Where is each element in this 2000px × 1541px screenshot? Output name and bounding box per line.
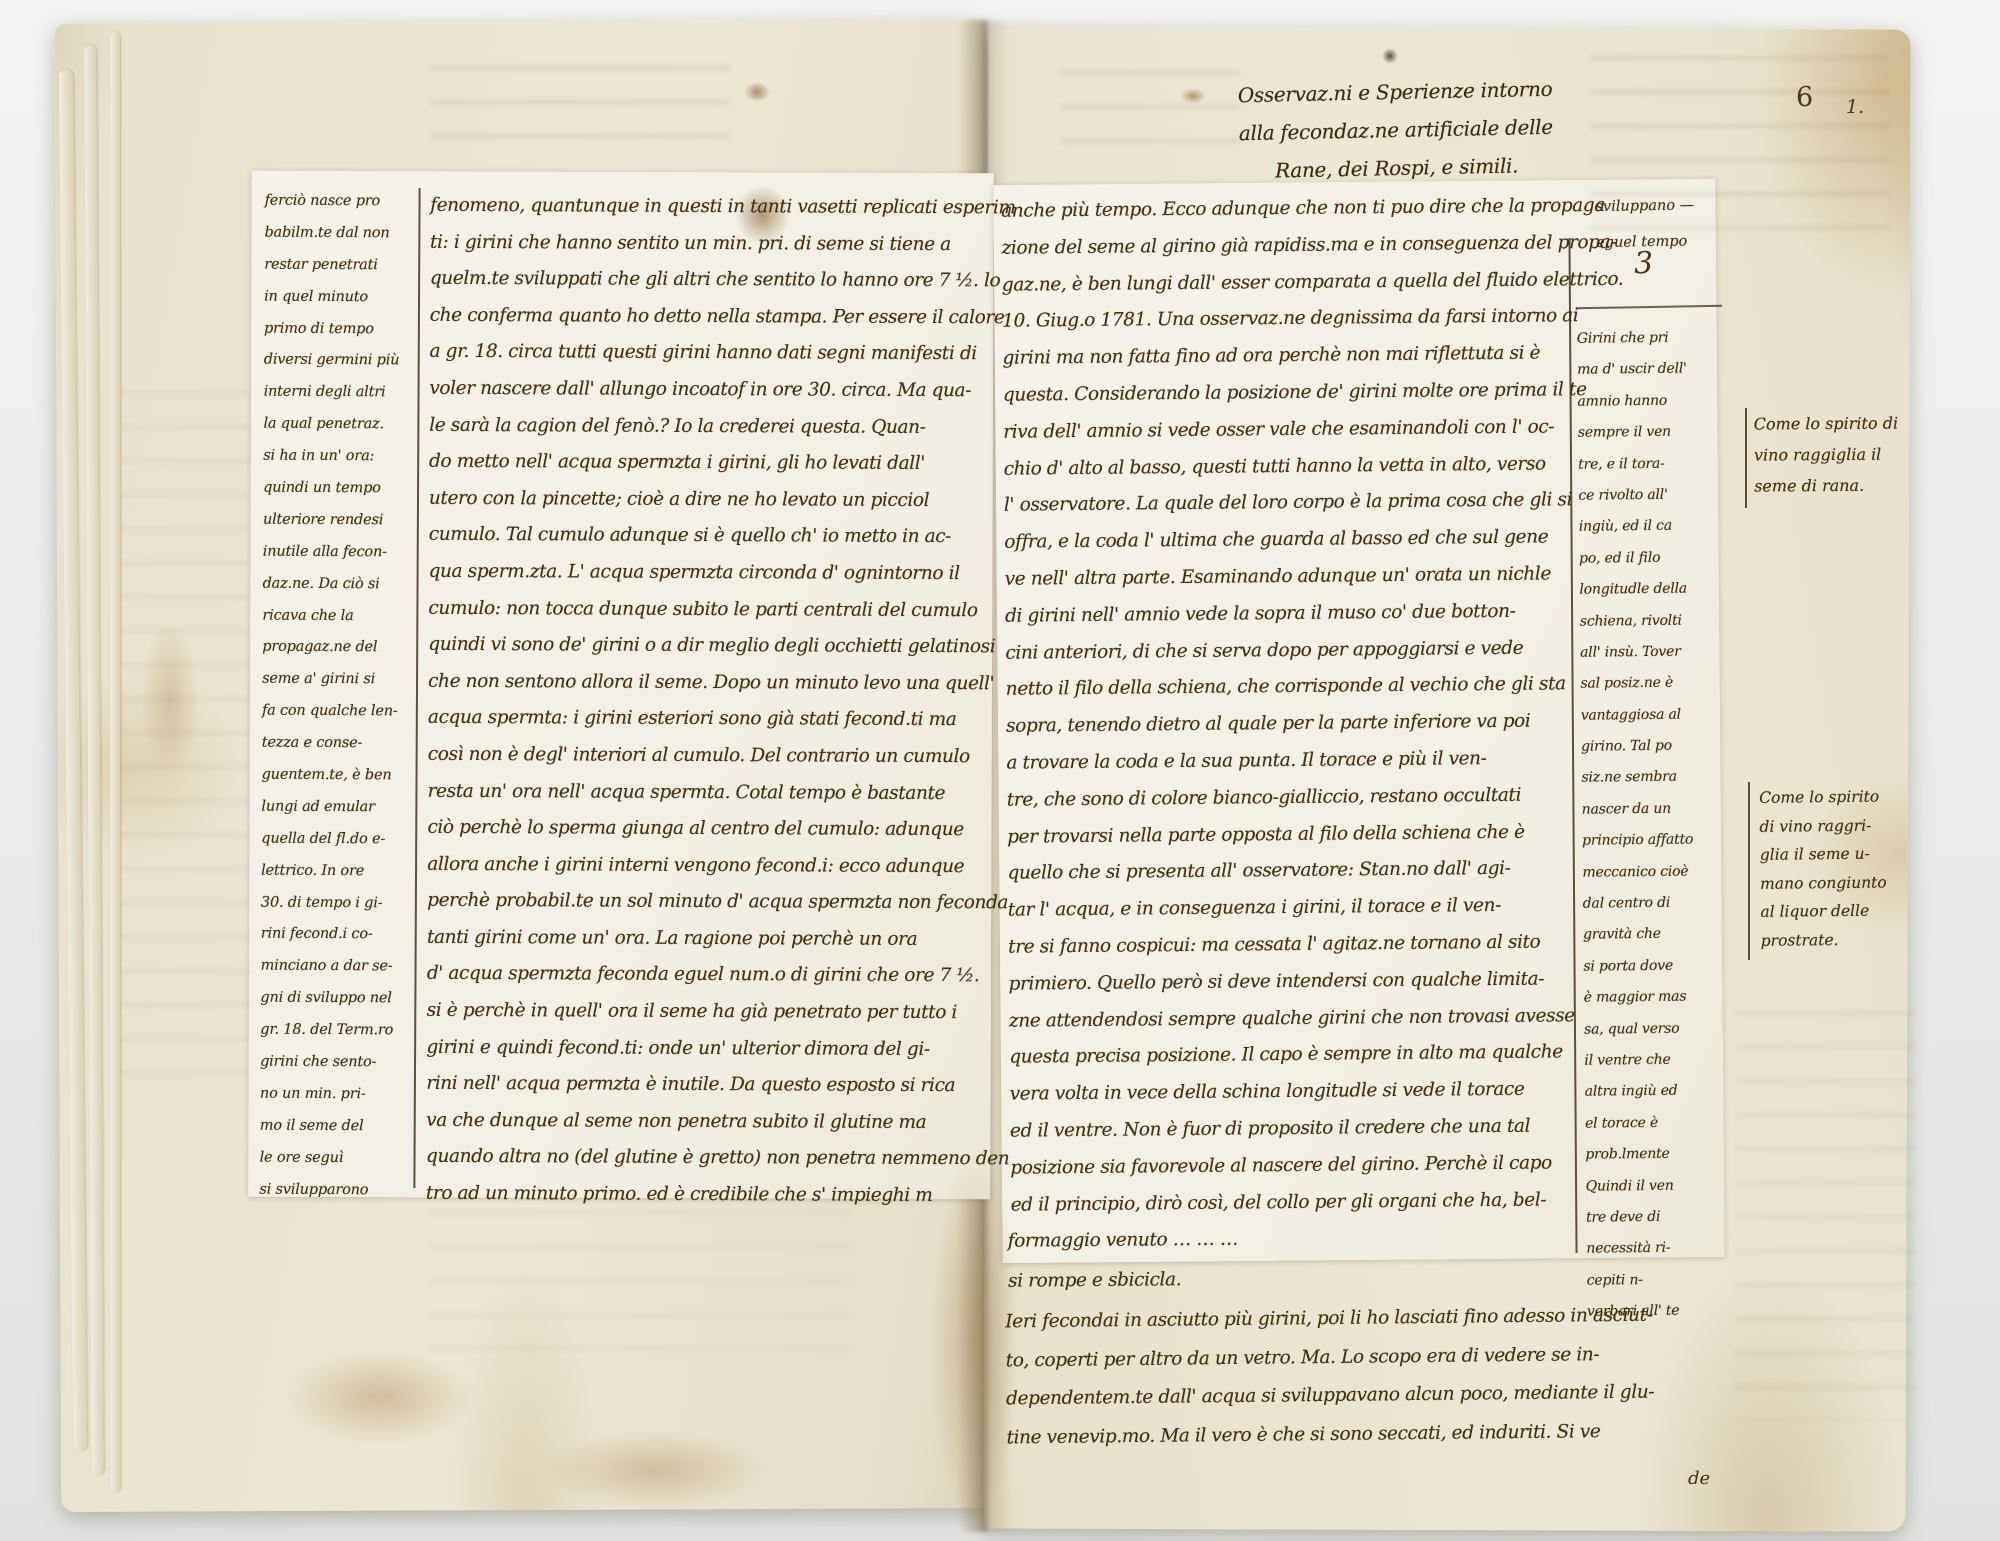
- manuscript-photo: { "colors": { "ink": "#43300f", "paper":…: [0, 0, 2000, 1541]
- handwritten-line: Quindi il ven: [1586, 1177, 1714, 1210]
- handwritten-line: si rompe e sbicicla.: [1008, 1265, 1628, 1310]
- showthrough-text: [1735, 1000, 1915, 1420]
- handwritten-line: minciano a dar se-: [260, 958, 410, 991]
- handwritten-line: tanti girini come un' ora. La ragione po…: [427, 927, 983, 966]
- handwritten-line: to, coperti per altro da un vetro. Ma. L…: [1006, 1343, 1646, 1388]
- handwritten-line: ed il principio, dirò così, del collo pe…: [1011, 1189, 1571, 1231]
- handwritten-line: utero con la pincette; cioè a dire ne ho…: [429, 488, 985, 527]
- handwritten-line: in quel minuto: [264, 288, 414, 321]
- handwritten-line: zne attendendosi sempre qualche girini c…: [1009, 1005, 1569, 1047]
- handwritten-line: tar l' acqua, e in conseguenza i girini,…: [1008, 894, 1568, 936]
- handwritten-line: mano congiunto: [1760, 873, 1920, 903]
- handwritten-line: seme a' girini si: [262, 671, 412, 704]
- handwritten-line: glia il seme u-: [1760, 844, 1920, 874]
- handwritten-line: a gr. 18. circa tutti questi girini hann…: [429, 341, 985, 380]
- handwritten-line: girini che sento-: [260, 1054, 410, 1087]
- handwritten-line: netto il filo della schiena, che corrisp…: [1006, 674, 1566, 716]
- handwritten-line: lungi ad emular: [261, 799, 411, 832]
- handwritten-line: ingiù, ed il ca: [1579, 518, 1707, 551]
- handwritten-line: quindi un tempo: [263, 480, 413, 513]
- handwritten-line: ti: i girini che hanno sentito un min. p…: [430, 231, 986, 270]
- handwritten-line: cini anteriori, di che si serva dopo per…: [1005, 637, 1565, 679]
- folio-number: 6: [1796, 82, 1813, 113]
- handwritten-line: tro ad un minuto primo. ed è credibile c…: [426, 1183, 982, 1222]
- handwritten-line: guentem.te, è ben: [262, 767, 412, 800]
- handwritten-line: di girini nell' amnio vede la sopra il m…: [1005, 600, 1565, 642]
- handwritten-line: allora anche i girini interni vengono fe…: [427, 853, 983, 892]
- left-margin-notes: ferciò nasce probabilm.te dal nonrestar …: [259, 193, 414, 1214]
- handwritten-line: Come lo spirito: [1759, 787, 1919, 817]
- section-marker: 3: [1633, 246, 1653, 282]
- handwritten-line: è maggior mas: [1584, 989, 1712, 1022]
- handwritten-line: perchè probabil.te un sol minuto d' acqu…: [427, 890, 983, 929]
- below-sheet-lines: formaggio venuto … … …si rompe e sbicicl…: [1008, 1225, 1629, 1310]
- handwritten-line: schiena, rivolti: [1580, 612, 1708, 645]
- closing-paragraph: Ieri fecondai in asciutto più girini, po…: [1005, 1305, 1647, 1466]
- handwritten-line: a trovare la coda e la sua punta. Il tor…: [1006, 747, 1566, 789]
- handwritten-line: propagaz.ne del: [262, 639, 412, 672]
- catchword: de: [1688, 1468, 1710, 1489]
- handwritten-line: gravità che: [1583, 926, 1711, 959]
- handwritten-line: siz.ne sembra: [1581, 769, 1709, 802]
- handwritten-line: d' acqua spermzta feconda eguel num.o di…: [427, 963, 983, 1002]
- handwritten-line: tre si fanno cospicui: ma cessata l' agi…: [1008, 931, 1568, 973]
- handwritten-line: per trovarsi nella parte opposta al filo…: [1007, 821, 1567, 863]
- handwritten-line: ferciò nasce pro: [265, 193, 415, 226]
- ink-mark: [1382, 48, 1398, 64]
- secondary-page-number: 1.: [1846, 96, 1864, 118]
- handwritten-line: zione del seme al girino già rapidiss.ma…: [1001, 232, 1561, 274]
- paper-stain: [1180, 88, 1206, 104]
- handwritten-line: formaggio venuto … … …: [1008, 1225, 1628, 1270]
- handwritten-line: chio d' alto al basso, questi tutti hann…: [1004, 453, 1564, 495]
- handwritten-line: diversi germini più: [264, 352, 414, 385]
- handwritten-line: tezza e conse-: [262, 735, 412, 768]
- handwritten-line: sal posiz.ne è: [1580, 675, 1708, 708]
- handwritten-line: interni degli altri: [264, 384, 414, 417]
- handwritten-line: che conferma quanto ho detto nella stamp…: [430, 305, 986, 344]
- handwritten-line: quella del fl.do e-: [261, 830, 411, 863]
- handwritten-line: cumulo: non tocca dunque subito le parti…: [428, 597, 984, 636]
- handwritten-line: dal centro di: [1583, 894, 1711, 927]
- right-side-column: Girini che prima d' uscir dell'amnio han…: [1577, 329, 1716, 1335]
- handwritten-line: Ieri fecondai in asciutto più girini, po…: [1005, 1305, 1645, 1350]
- handwritten-line: riva dell' amnio si vede osser vale che …: [1003, 416, 1563, 458]
- handwritten-line: fa con qualche len-: [262, 703, 412, 736]
- handwritten-line: el torace è: [1585, 1114, 1713, 1147]
- handwritten-line: vantaggiosa al: [1581, 706, 1709, 739]
- showthrough-text: [1060, 60, 1240, 150]
- handwritten-line: quindi vi sono de' girini o a dir meglio…: [428, 634, 984, 673]
- handwritten-line: anche più tempo. Ecco adunque che non ti…: [1001, 195, 1561, 237]
- paper-stain: [140, 620, 200, 780]
- handwritten-line: rini fecond.i co-: [261, 926, 411, 959]
- handwritten-line: si porta dove: [1583, 957, 1711, 990]
- handwritten-line: Rane, dei Rospi, e simili.: [1222, 152, 1571, 197]
- handwritten-line: le ore seguì: [259, 1149, 409, 1182]
- handwritten-line: sopra, tenendo dietro al quale per la pa…: [1006, 710, 1566, 752]
- handwritten-line: all' insù. Tover: [1580, 643, 1708, 676]
- handwritten-line: ve nell' altra parte. Esaminando adunque…: [1005, 563, 1565, 605]
- margin-note-spirito-di-vino-rana: Come lo spirito divino raggiglia ilseme …: [1754, 413, 1915, 507]
- handwritten-line: no un min. pri-: [260, 1086, 410, 1119]
- handwritten-line: nascer da un: [1582, 800, 1710, 833]
- handwritten-line: daz.ne. Da ciò si: [263, 575, 413, 608]
- handwritten-line: 30. di tempo i gi-: [261, 894, 411, 927]
- handwritten-line: quelm.te sviluppati che gli altri che se…: [430, 268, 986, 307]
- handwritten-line: voler nascere dall' allungo incoatof in …: [429, 378, 985, 417]
- handwritten-line: gni di sviluppo nel: [260, 990, 410, 1023]
- handwritten-line: tre, e il tora-: [1578, 455, 1706, 488]
- handwritten-line: si ha in un' ora:: [263, 448, 413, 481]
- ink-stain: [744, 82, 770, 102]
- handwritten-line: primiero. Quello però si deve intendersi…: [1008, 968, 1568, 1010]
- handwritten-line: ulteriore rendesi: [263, 512, 413, 545]
- handwritten-line: girini ma non fatta fino ad ora perchè n…: [1002, 343, 1562, 385]
- handwritten-line: babilm.te dal non: [264, 225, 414, 258]
- handwritten-line: resta un' ora nell' acqua spermta. Cotal…: [428, 780, 984, 819]
- paper-stain: [285, 1350, 475, 1445]
- handwritten-line: ma d' uscir dell': [1577, 361, 1705, 394]
- handwritten-line: posizione sia favorevole al nascere del …: [1010, 1152, 1570, 1194]
- handwritten-line: primo di tempo: [264, 320, 414, 353]
- handwritten-line: acqua spermta: i girini esteriori sono g…: [428, 707, 984, 746]
- handwritten-line: quando altra no (del glutine è gretto) n…: [426, 1146, 982, 1185]
- handwritten-line: principio affatto: [1582, 832, 1710, 865]
- handwritten-line: sa, qual verso: [1584, 1020, 1712, 1053]
- margin-note-bracket: [1748, 782, 1750, 960]
- handwritten-line: al liquor delle: [1760, 901, 1920, 931]
- margin-note-bracket: [1745, 408, 1747, 508]
- handwritten-line: di vino raggri-: [1759, 816, 1919, 846]
- handwritten-line: qua sperm.zta. L' acqua spermzta circond…: [428, 561, 984, 600]
- handwritten-line: gr. 18. del Term.ro: [260, 1022, 410, 1055]
- handwritten-line: mo il seme del: [260, 1117, 410, 1150]
- handwritten-line: vera volta in vece della schina longitud…: [1010, 1078, 1570, 1120]
- handwritten-line: sviluppano —: [1595, 197, 1716, 235]
- handwritten-line: ed il ventre. Non è fuor di proposito il…: [1010, 1115, 1570, 1157]
- handwritten-line: meccanico cioè: [1582, 863, 1710, 896]
- handwritten-line: ricava che la: [262, 607, 412, 640]
- handwritten-line: prostrate.: [1761, 930, 1921, 960]
- handwritten-line: si svilupparono: [259, 1181, 409, 1214]
- handwritten-line: restar penetrati: [264, 256, 414, 289]
- handwritten-line: vino raggiglia il: [1754, 444, 1914, 476]
- right-column-overflow: sviluppano —eguel tempo: [1595, 197, 1716, 271]
- margin-note-spirito-di-vino-umano: Come lo spiritodi vino raggri-glia il se…: [1759, 787, 1921, 960]
- handwritten-line: quello che si presenta all' osservatore:…: [1007, 858, 1567, 900]
- handwritten-line: cumulo. Tal cumulo adunque si è quello c…: [429, 524, 985, 563]
- handwritten-line: longitudle della: [1579, 580, 1707, 613]
- handwritten-line: tre, che sono di colore bianco-giallicci…: [1007, 784, 1567, 826]
- manuscript-title: Osservaz.ni e Sperienze intornoalla feco…: [1221, 76, 1571, 197]
- handwritten-line: ce rivolto all': [1578, 486, 1706, 519]
- handwritten-line: lettrico. In ore: [261, 862, 411, 895]
- handwritten-line: altra ingiù ed: [1585, 1083, 1713, 1116]
- handwritten-line: do metto nell' acqua spermzta i girini, …: [429, 451, 985, 490]
- handwritten-line: si è perchè in quell' ora il seme ha già…: [427, 1000, 983, 1039]
- handwritten-line: tine venevip.mo. Ma il vero è che si son…: [1006, 1420, 1646, 1465]
- handwritten-line: le sarà la cagion del fenò.? Io la crede…: [429, 414, 985, 453]
- handwritten-line: fenomeno, quantunque in questi in tanti …: [430, 195, 986, 234]
- handwritten-line: Come lo spirito di: [1754, 413, 1914, 445]
- handwritten-line: l' osservatore. La quale del loro corpo …: [1004, 490, 1564, 532]
- handwritten-line: che non sentono allora il seme. Dopo un …: [428, 671, 984, 710]
- handwritten-line: dependentem.te dall' acqua si sviluppava…: [1006, 1382, 1646, 1427]
- handwritten-line: va che dunque al seme non penetra subito…: [426, 1110, 982, 1149]
- handwritten-line: inutile alla fecon-: [263, 543, 413, 576]
- handwritten-line: ciò perchè lo sperma giunga al centro de…: [427, 817, 983, 856]
- deckle-edge: [110, 32, 120, 1492]
- handwritten-line: la qual penetraz.: [263, 416, 413, 449]
- handwritten-line: questa precisa posizione. Il capo è semp…: [1009, 1042, 1569, 1084]
- showthrough-text: [430, 1200, 850, 1380]
- handwritten-line: girino. Tal po: [1581, 737, 1709, 770]
- handwritten-line: rini nell' acqua permzta è inutile. Da q…: [426, 1073, 982, 1112]
- right-main-text: anche più tempo. Ecco adunque che non ti…: [1001, 195, 1571, 1231]
- handwritten-line: eguel tempo: [1596, 233, 1717, 271]
- handwritten-line: 10. Giug.o 1781. Una osservaz.ne degniss…: [1002, 306, 1562, 348]
- handwritten-line: amnio hanno: [1577, 392, 1705, 425]
- showthrough-text: [430, 55, 730, 165]
- handwritten-line: così non è degl' interiori al cumulo. De…: [428, 744, 984, 783]
- handwritten-line: gaz.ne, è ben lungi dall' esser comparat…: [1002, 269, 1562, 311]
- handwritten-line: po, ed il filo: [1579, 549, 1707, 582]
- handwritten-line: Girini che pri: [1577, 329, 1705, 362]
- paper-stain: [540, 1430, 770, 1510]
- handwritten-line: questa. Considerando la posizione de' gi…: [1003, 379, 1563, 421]
- handwritten-line: il ventre che: [1584, 1051, 1712, 1084]
- handwritten-line: offra, e la coda l' ultima che guarda al…: [1004, 526, 1564, 568]
- handwritten-line: sempre il ven: [1578, 424, 1706, 457]
- left-main-text: fenomeno, quantunque in questi in tanti …: [426, 195, 986, 1222]
- handwritten-line: girini e quindi fecond.ti: onde un' ulte…: [426, 1036, 982, 1075]
- handwritten-line: seme di rana.: [1754, 475, 1914, 507]
- handwritten-line: prob.lmente: [1585, 1145, 1713, 1178]
